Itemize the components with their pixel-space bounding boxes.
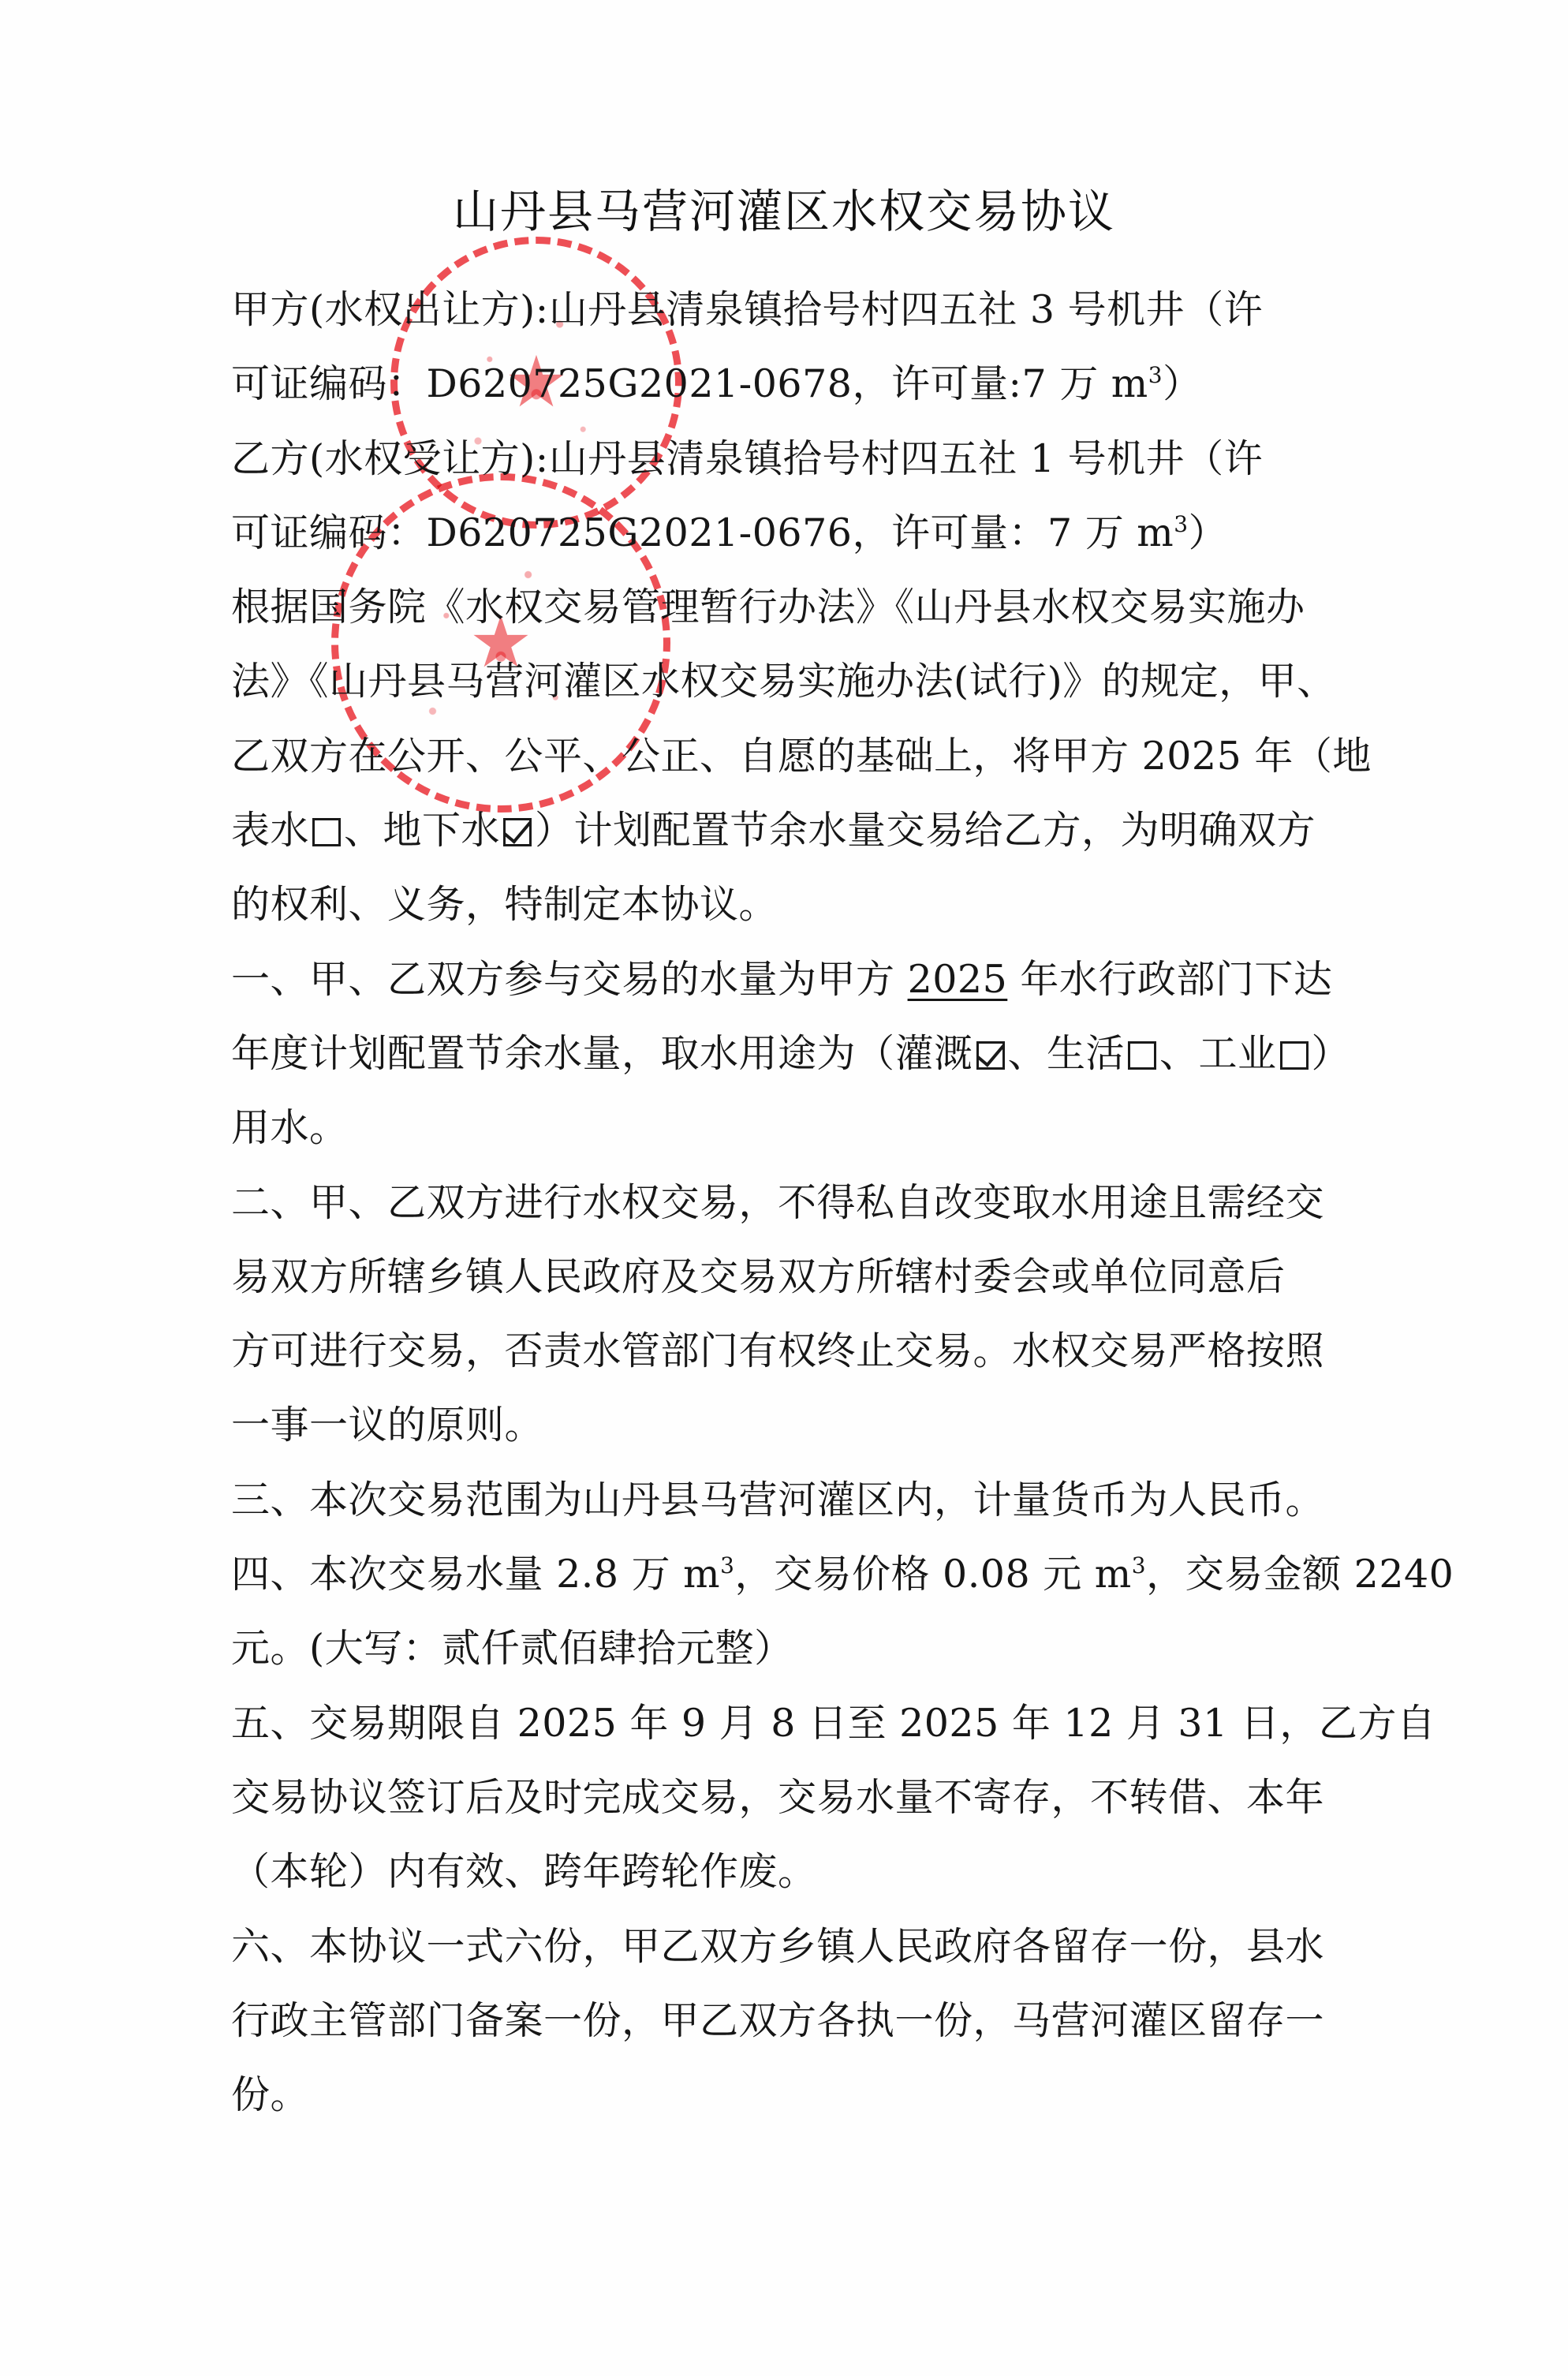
clause-4-line-1: 四、本次交易水量 2.8 万 m3，交易价格 0.08 元 m3，交易金额 22… [231,1537,1335,1612]
clause-5-line-3: （本轮）内有效、跨年跨轮作废。 [231,1835,1335,1909]
allocation-year: 2025 [908,957,1008,1002]
clause-1-line-3: 用水。 [231,1091,1335,1165]
party-a-line-1: 甲方(水权出让方):山丹县清泉镇拾号村四五社 3 号机井（许 [231,273,1335,347]
party-b-line-1: 乙方(水权受让方):山丹县清泉镇拾号村四五社 1 号机井（许 [231,422,1335,496]
clause-2-line-3: 方可进行交易，否责水管部门有权终止交易。水权交易严格按照 [231,1314,1335,1388]
document-page: ★ ★ 山丹县马营河灌区水权交易协议 甲方(水权出让方):山丹县清泉镇拾号村四五… [0,0,1568,2376]
document-body: 甲方(水权出让方):山丹县清泉镇拾号村四五社 3 号机井（许 可证编码：D620… [231,273,1335,2132]
irrigation-checkbox[interactable] [976,1041,1005,1070]
clause-2-line-2: 易双方所辖乡镇人民政府及交易双方所辖村委会或单位同意后 [231,1240,1335,1314]
preamble-line-4: 表水、地下水）计划配置节余水量交易给乙方，为明确双方 [231,794,1335,868]
preamble-line-3: 乙双方在公开、公平、公正、自愿的基础上，将甲方 2025 年（地 [231,719,1335,794]
surface-water-checkbox[interactable] [312,818,341,846]
clause-5-line-1: 五、交易期限自 2025 年 9 月 8 日至 2025 年 12 月 31 日… [231,1687,1335,1761]
party-a-line-2: 可证编码：D620725G2021-0678，许可量:7 万 m3） [231,347,1335,421]
industrial-checkbox[interactable] [1280,1041,1309,1070]
clause-2-line-4: 一事一议的原则。 [231,1388,1335,1463]
document-title: 山丹县马营河灌区水权交易协议 [0,180,1568,243]
preamble-line-1: 根据国务院《水权交易管理暂行办法》《山丹县水权交易实施办 [231,570,1335,644]
groundwater-checkbox[interactable] [503,818,532,846]
clause-2-line-1: 二、甲、乙双方进行水权交易，不得私自改变取水用途且需经交 [231,1166,1335,1240]
clause-4-line-2: 元。(大写：贰仟贰佰肆拾元整） [231,1612,1335,1686]
preamble-line-5: 的权利、义务，特制定本协议。 [231,868,1335,942]
clause-3-line-1: 三、本次交易范围为山丹县马营河灌区内，计量货币为人民币。 [231,1463,1335,1537]
clause-5-line-2: 交易协议签订后及时完成交易，交易水量不寄存，不转借、本年 [231,1761,1335,1835]
clause-1-line-2: 年度计划配置节余水量，取水用途为（灌溉、生活、工业） [231,1017,1335,1091]
party-b-line-2: 可证编码：D620725G2021-0676，许可量：7 万 m3） [231,496,1335,570]
clause-6-line-2: 行政主管部门备案一份，甲乙双方各执一份，马营河灌区留存一 [231,1984,1335,2058]
preamble-line-2: 法》《山丹县马营河灌区水权交易实施办法(试行)》的规定，甲、 [231,644,1335,719]
domestic-checkbox[interactable] [1128,1041,1156,1070]
clause-6-line-3: 份。 [231,2058,1335,2132]
clause-1-line-1: 一、甲、乙双方参与交易的水量为甲方 2025 年水行政部门下达 [231,943,1335,1017]
clause-6-line-1: 六、本协议一式六份，甲乙双方乡镇人民政府各留存一份，县水 [231,1910,1335,1984]
